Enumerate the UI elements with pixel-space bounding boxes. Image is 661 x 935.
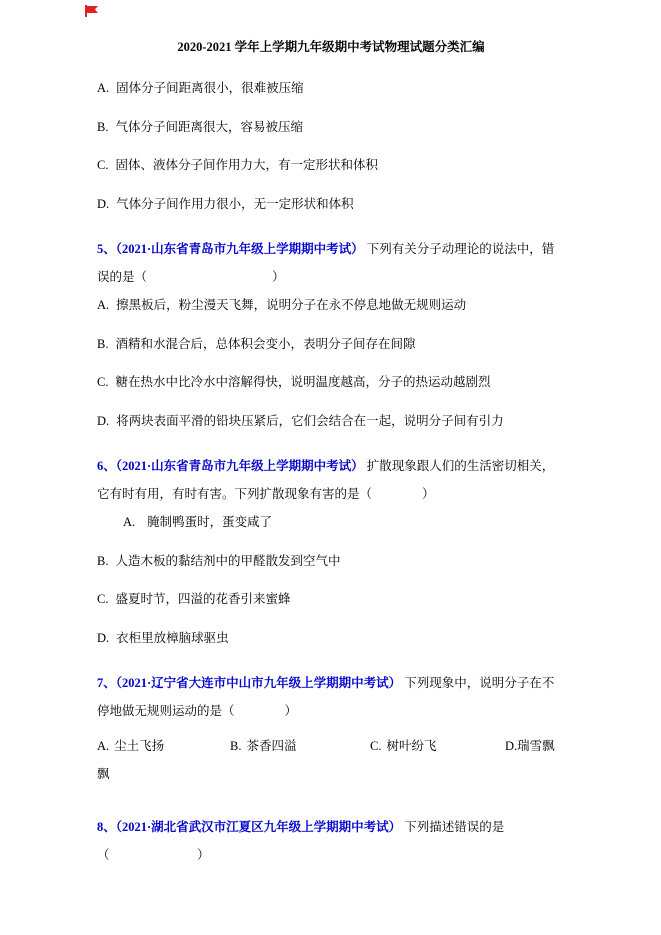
option-row-d: D.衣柜里放樟脑球驱虫: [97, 631, 565, 645]
option-letter: A.: [97, 81, 109, 95]
question-6: 6、（2021·山东省青岛市九年级上学期期中考试）扩散现象跟人们的生活密切相关，…: [97, 452, 565, 645]
document-page: { "colors": { "accent_blue": "#0000CC", …: [0, 0, 661, 935]
option-letter: C.: [97, 158, 108, 172]
option-letter: C.: [370, 739, 381, 753]
option-text: 气体分子间作用力很小，无一定形状和体积: [116, 197, 354, 211]
option-row-b: B.气体分子间距离很大，容易被压缩: [97, 120, 565, 134]
question-source: 7、（2021·辽宁省大连市中山市九年级上学期期中考试）: [97, 676, 404, 690]
option-letter: A.: [97, 739, 109, 753]
option-c: C.树叶纷飞: [370, 732, 505, 760]
red-flag-icon: [85, 5, 100, 17]
option-row-b: B.人造木板的黏结剂中的甲醛散发到空气中: [97, 554, 565, 568]
option-letter: C.: [97, 375, 108, 389]
option-text: 固体、液体分子间作用力大，有一定形状和体积: [115, 158, 378, 172]
option-letter: A.: [97, 298, 109, 312]
red-flag-pennant: [87, 6, 98, 13]
option-text: 固体分子间距离很小，很难被压缩: [116, 81, 304, 95]
option-letter: C.: [97, 592, 108, 606]
question-stem: 6、（2021·山东省青岛市九年级上学期期中考试）扩散现象跟人们的生活密切相关，…: [97, 452, 565, 508]
option-text: 树叶纷飞: [386, 739, 436, 753]
option-letter: D.: [97, 631, 109, 645]
option-text: 盛夏时节，四溢的花香引来蜜蜂: [115, 592, 290, 606]
option-letter: D.: [505, 739, 517, 753]
option-letter: D.: [97, 197, 109, 211]
question-source: 8、（2021·湖北省武汉市江夏区九年级上学期期中考试）: [97, 820, 404, 834]
question-source: 6、（2021·山东省青岛市九年级上学期期中考试）: [97, 459, 367, 473]
option-letter: A.: [123, 515, 135, 529]
question-8: 8、（2021·湖北省武汉市江夏区九年级上学期期中考试）下列描述错误的是（ ）: [97, 813, 565, 869]
option-b: B.茶香四溢: [230, 732, 370, 760]
option-text: 气体分子间距离很大，容易被压缩: [115, 120, 303, 134]
option-row-d: D.气体分子间作用力很小，无一定形状和体积: [97, 197, 565, 211]
option-text: 酒精和水混合后，总体积会变小，表明分子间存在间隙: [115, 337, 415, 351]
question-stem: 7、（2021·辽宁省大连市中山市九年级上学期期中考试）下列现象中，说明分子在不…: [97, 669, 565, 725]
option-row-b: B.酒精和水混合后，总体积会变小，表明分子间存在间隙: [97, 337, 565, 351]
option-letter: D.: [97, 414, 109, 428]
red-flag-pole: [85, 5, 87, 17]
option-row-a: A.擦黑板后，粉尘漫天飞舞，说明分子在永不停息地做无规则运动: [97, 298, 565, 312]
option-row-d: D.将两块表面平滑的铅块压紧后，它们会结合在一起，说明分子间有引力: [97, 414, 565, 428]
page-title: 2020-2021 学年上学期九年级期中考试物理试题分类汇编: [97, 40, 565, 55]
option-row-a: A.固体分子间距离很小，很难被压缩: [97, 81, 565, 95]
option-row-a: A.腌制鸭蛋时，蛋变咸了: [97, 515, 565, 529]
option-text: 茶香四溢: [246, 739, 296, 753]
option-letter: B.: [230, 739, 241, 753]
option-text: 擦黑板后，粉尘漫天飞舞，说明分子在永不停息地做无规则运动: [116, 298, 466, 312]
question-stem: 5、（2021·山东省青岛市九年级上学期期中考试）下列有关分子动理论的说法中，错…: [97, 235, 565, 291]
option-text: 腌制鸭蛋时，蛋变咸了: [147, 515, 272, 529]
question-7: 7、（2021·辽宁省大连市中山市九年级上学期期中考试）下列现象中，说明分子在不…: [97, 669, 565, 788]
option-text: 人造木板的黏结剂中的甲醛散发到空气中: [115, 554, 340, 568]
option-a: A.尘土飞扬: [97, 732, 230, 760]
option-letter: B.: [97, 337, 108, 351]
option-row-c: C.糖在热水中比冷水中溶解得快，说明温度越高，分子的热运动越剧烈: [97, 375, 565, 389]
option-text: 糖在热水中比冷水中溶解得快，说明温度越高，分子的热运动越剧烈: [115, 375, 490, 389]
question-stem: 8、（2021·湖北省武汉市江夏区九年级上学期期中考试）下列描述错误的是（ ）: [97, 813, 565, 869]
option-letter: B.: [97, 554, 108, 568]
option-text: 将两块表面平滑的铅块压紧后，它们会结合在一起，说明分子间有引力: [116, 414, 504, 428]
option-text: 衣柜里放樟脑球驱虫: [116, 631, 229, 645]
question-source: 5、（2021·山东省青岛市九年级上学期期中考试）: [97, 242, 367, 256]
option-row-c: C.盛夏时节，四溢的花香引来蜜蜂: [97, 592, 565, 606]
inline-options-row: A.尘土飞扬B.茶香四溢C.树叶纷飞D.瑞雪飘飘: [97, 732, 565, 788]
option-row-c: C.固体、液体分子间作用力大，有一定形状和体积: [97, 158, 565, 172]
option-letter: B.: [97, 120, 108, 134]
question-5: 5、（2021·山东省青岛市九年级上学期期中考试）下列有关分子动理论的说法中，错…: [97, 235, 565, 428]
option-text: 尘土飞扬: [114, 739, 164, 753]
